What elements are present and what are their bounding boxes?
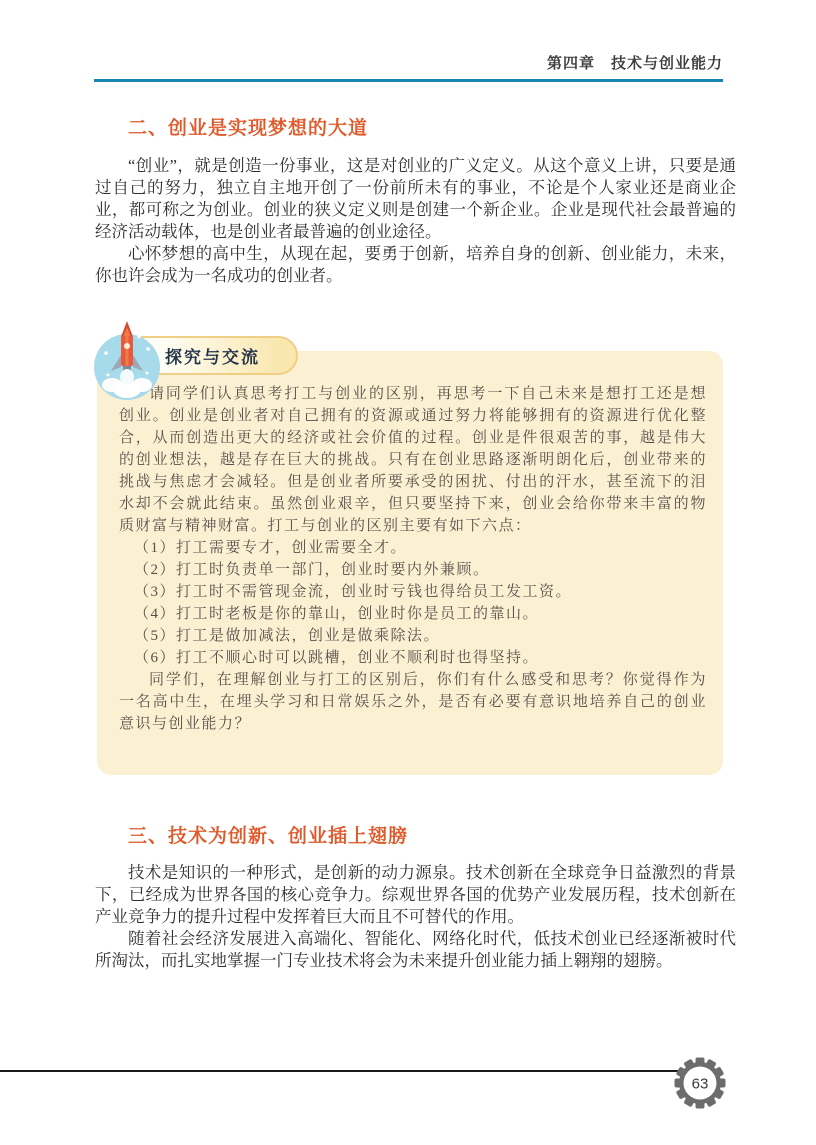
explore-list-item: （4）打工时老板是你的靠山，创业时你是员工的靠山。	[119, 603, 707, 625]
technology-paragraph-2: 随着社会经济发展进入高端化、智能化、网络化时代，低技术创业已经逐渐被时代所淘汰，…	[95, 928, 736, 972]
chapter-title: 第四章 技术与创业能力	[547, 55, 723, 72]
explore-list-item: （3）打工时不需管现金流，创业时亏钱也得给员工发工资。	[119, 581, 707, 603]
explore-exchange-callout: 探究与交流 请同学们认真思考打工与创业的区别，再思考一下自己未来是想打工还是想创…	[97, 351, 723, 775]
textbook-page: 第四章 技术与创业能力 二、创业是实现梦想的大道 “创业”，就是创造一份事业，这…	[0, 0, 816, 1145]
explore-paragraph-intro: 请同学们认真思考打工与创业的区别，再思考一下自己未来是想打工还是想创业。创业是创…	[119, 383, 707, 537]
explore-list-item: （2）打工时负责单一部门，创业时要内外兼顾。	[119, 559, 707, 581]
technology-paragraph-1: 技术是知识的一种形式，是创新的动力源泉。技术创新在全球竞争日益激烈的背景下，已经…	[95, 862, 736, 928]
explore-list-item: （6）打工不顺心时可以跳槽，创业不顺利时也得坚持。	[119, 647, 707, 669]
section-title-entrepreneurship: 二、创业是实现梦想的大道	[128, 116, 736, 142]
page-number: 63	[692, 1076, 709, 1093]
explore-exchange-box: 请同学们认真思考打工与创业的区别，再思考一下自己未来是想打工还是想创业。创业是创…	[97, 351, 723, 775]
explore-list-item: （5）打工是做加减法，创业是做乘除法。	[119, 625, 707, 647]
section-title-technology: 三、技术为创新、创业插上翅膀	[128, 824, 736, 850]
entrepreneurship-paragraph-2: 心怀梦想的高中生，从现在起，要勇于创新，培养自身的创新、创业能力，未来，你也许会…	[95, 243, 736, 287]
explore-list-item: （1）打工需要专才，创业需要全才。	[119, 537, 707, 559]
explore-paragraph-question: 同学们，在理解创业与打工的区别后，你们有什么感受和思考？你觉得作为一名高中生，在…	[119, 669, 707, 735]
explore-exchange-label: 探究与交流	[165, 348, 260, 367]
rocket-icon	[92, 315, 164, 405]
entrepreneurship-paragraph-1: “创业”，就是创造一份事业，这是对创业的广义定义。从这个意义上讲，只要是通过自己…	[95, 155, 736, 243]
page-number-gear-icon: 63	[673, 1056, 727, 1110]
footer-rule	[0, 1070, 680, 1072]
chapter-header: 第四章 技术与创业能力	[94, 0, 723, 82]
